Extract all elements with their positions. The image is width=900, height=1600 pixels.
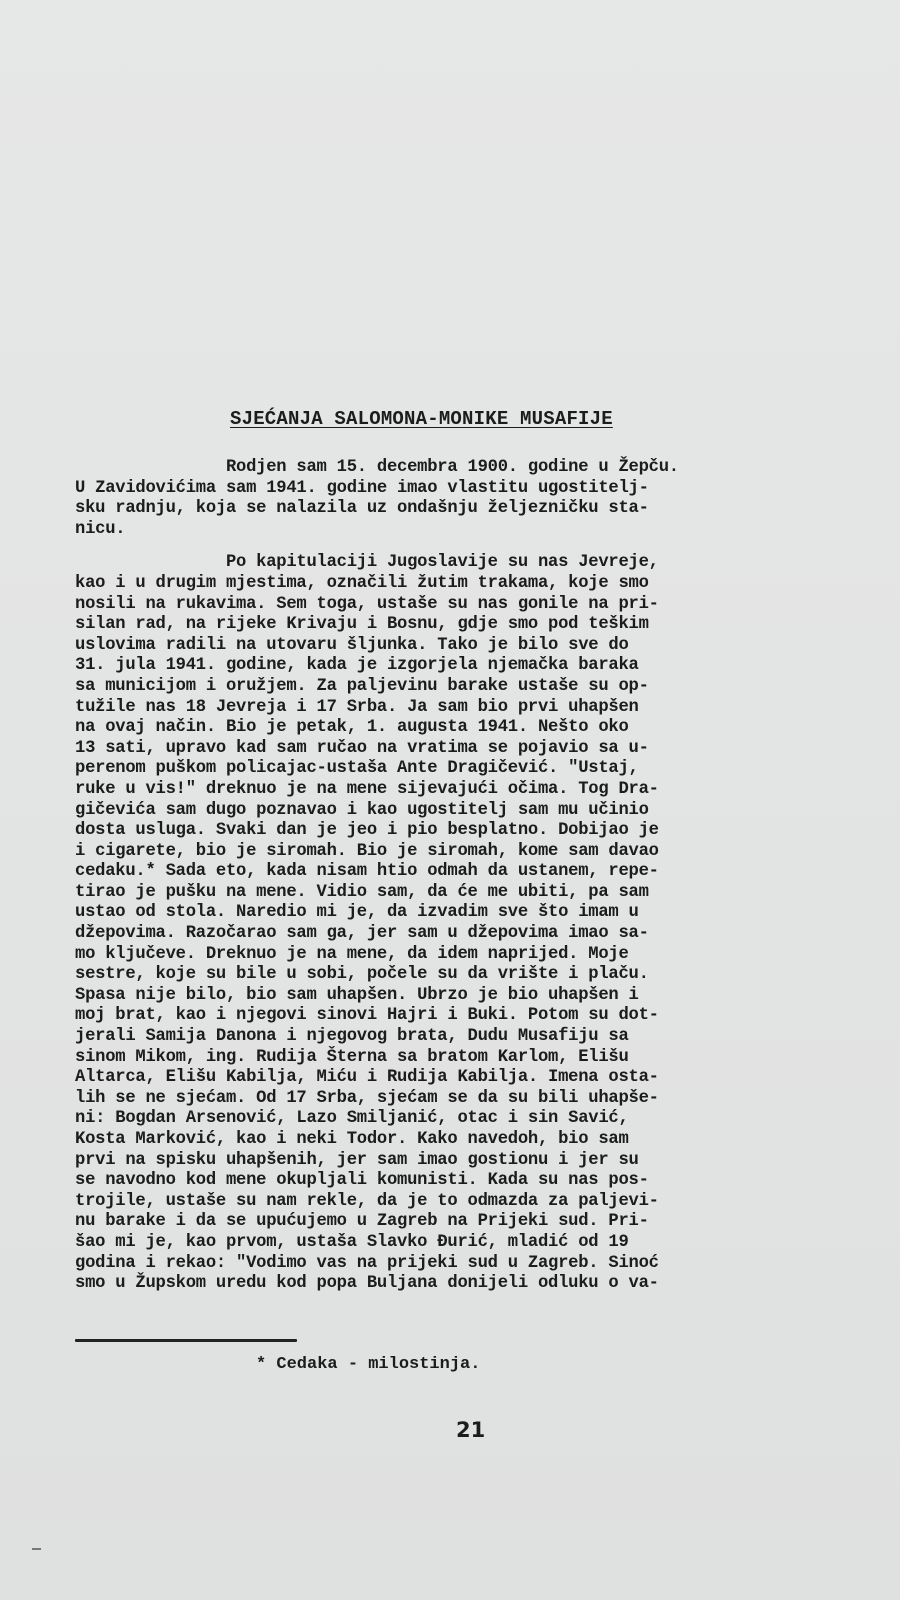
document-title: SJEĆANJA SALOMONA-MONIKE MUSAFIJE (230, 408, 613, 430)
text-line: tužile nas 18 Jevreja i 17 Srba. Ja sam … (75, 698, 865, 719)
text-line: smo u Župskom uredu kod popa Buljana don… (75, 1274, 865, 1295)
text-line: nu barake i da se upućujemo u Zagreb na … (75, 1212, 865, 1233)
text-line: sku radnju, koja se nalazila uz ondašnju… (75, 499, 865, 520)
text-line: sa municijom i oružjem. Za paljevinu bar… (75, 677, 865, 698)
document-body: Rodjen sam 15. decembra 1900. godine u Ž… (75, 458, 865, 1295)
text-line: nicu. (75, 520, 865, 541)
text-line: mo ključeve. Dreknuo je na mene, da idem… (75, 945, 865, 966)
paragraph-gap (75, 540, 865, 553)
footnote: * Cedaka - milostinja. (256, 1355, 480, 1374)
text-line: na ovaj način. Bio je petak, 1. augusta … (75, 718, 865, 739)
text-line: Rodjen sam 15. decembra 1900. godine u Ž… (75, 458, 865, 479)
document-page: SJEĆANJA SALOMONA-MONIKE MUSAFIJE Rodjen… (0, 0, 900, 1600)
text-line: sinom Mikom, ing. Rudija Šterna sa brato… (75, 1048, 865, 1069)
text-line: ustao od stola. Naredio mi je, da izvadi… (75, 903, 865, 924)
text-line: nosili na rukavima. Sem toga, ustaše su … (75, 595, 865, 616)
text-line: sestre, koje su bile u sobi, počele su d… (75, 965, 865, 986)
text-line: tirao je pušku na mene. Vidio sam, da će… (75, 883, 865, 904)
text-line: se navodno kod mene okupljali komunisti.… (75, 1171, 865, 1192)
paragraph-2: Po kapitulaciji Jugoslavije su nas Jevre… (75, 553, 865, 1294)
text-line: jerali Samija Danona i njegovog brata, D… (75, 1027, 865, 1048)
text-line: moj brat, kao i njegovi sinovi Hajri i B… (75, 1006, 865, 1027)
text-line: U Zavidovićima sam 1941. godine imao vla… (75, 479, 865, 500)
paper-mark (32, 1548, 41, 1550)
text-line: džepovima. Razočarao sam ga, jer sam u d… (75, 924, 865, 945)
text-line: Altarca, Elišu Kabilja, Miću i Rudija Ka… (75, 1068, 865, 1089)
text-line: prvi na spisku uhapšenih, jer sam imao g… (75, 1151, 865, 1172)
page-number: 21 (456, 1418, 485, 1442)
text-line: ni: Bogdan Arsenović, Lazo Smiljanić, ot… (75, 1109, 865, 1130)
text-line: kao i u drugim mjestima, označili žutim … (75, 574, 865, 595)
text-line: 31. jula 1941. godine, kada je izgorjela… (75, 656, 865, 677)
text-line: i cigarete, bio je siromah. Bio je sirom… (75, 842, 865, 863)
text-line: uslovima radili na utovaru šljunka. Tako… (75, 636, 865, 657)
text-line: dosta usluga. Svaki dan je jeo i pio bes… (75, 821, 865, 842)
text-line: godina i rekao: "Vodimo vas na prijeki s… (75, 1254, 865, 1275)
text-line: Kosta Marković, kao i neki Todor. Kako n… (75, 1130, 865, 1151)
text-line: silan rad, na rijeke Krivaju i Bosnu, gd… (75, 615, 865, 636)
text-line: šao mi je, kao prvom, ustaša Slavko Đuri… (75, 1233, 865, 1254)
text-line: trojile, ustaše su nam rekle, da je to o… (75, 1192, 865, 1213)
footnote-separator (75, 1339, 297, 1342)
text-line: perenom puškom policajac-ustaša Ante Dra… (75, 759, 865, 780)
text-line: cedaku.* Sada eto, kada nisam htio odmah… (75, 862, 865, 883)
text-line: Po kapitulaciji Jugoslavije su nas Jevre… (75, 553, 865, 574)
text-line: lih se ne sjećam. Od 17 Srba, sjećam se … (75, 1089, 865, 1110)
text-line: Spasa nije bilo, bio sam uhapšen. Ubrzo … (75, 986, 865, 1007)
paragraph-1: Rodjen sam 15. decembra 1900. godine u Ž… (75, 458, 865, 540)
text-line: ruke u vis!" dreknuo je na mene sijevaju… (75, 780, 865, 801)
text-line: gičevića sam dugo poznavao i kao ugostit… (75, 801, 865, 822)
text-line: 13 sati, upravo kad sam ručao na vratima… (75, 739, 865, 760)
